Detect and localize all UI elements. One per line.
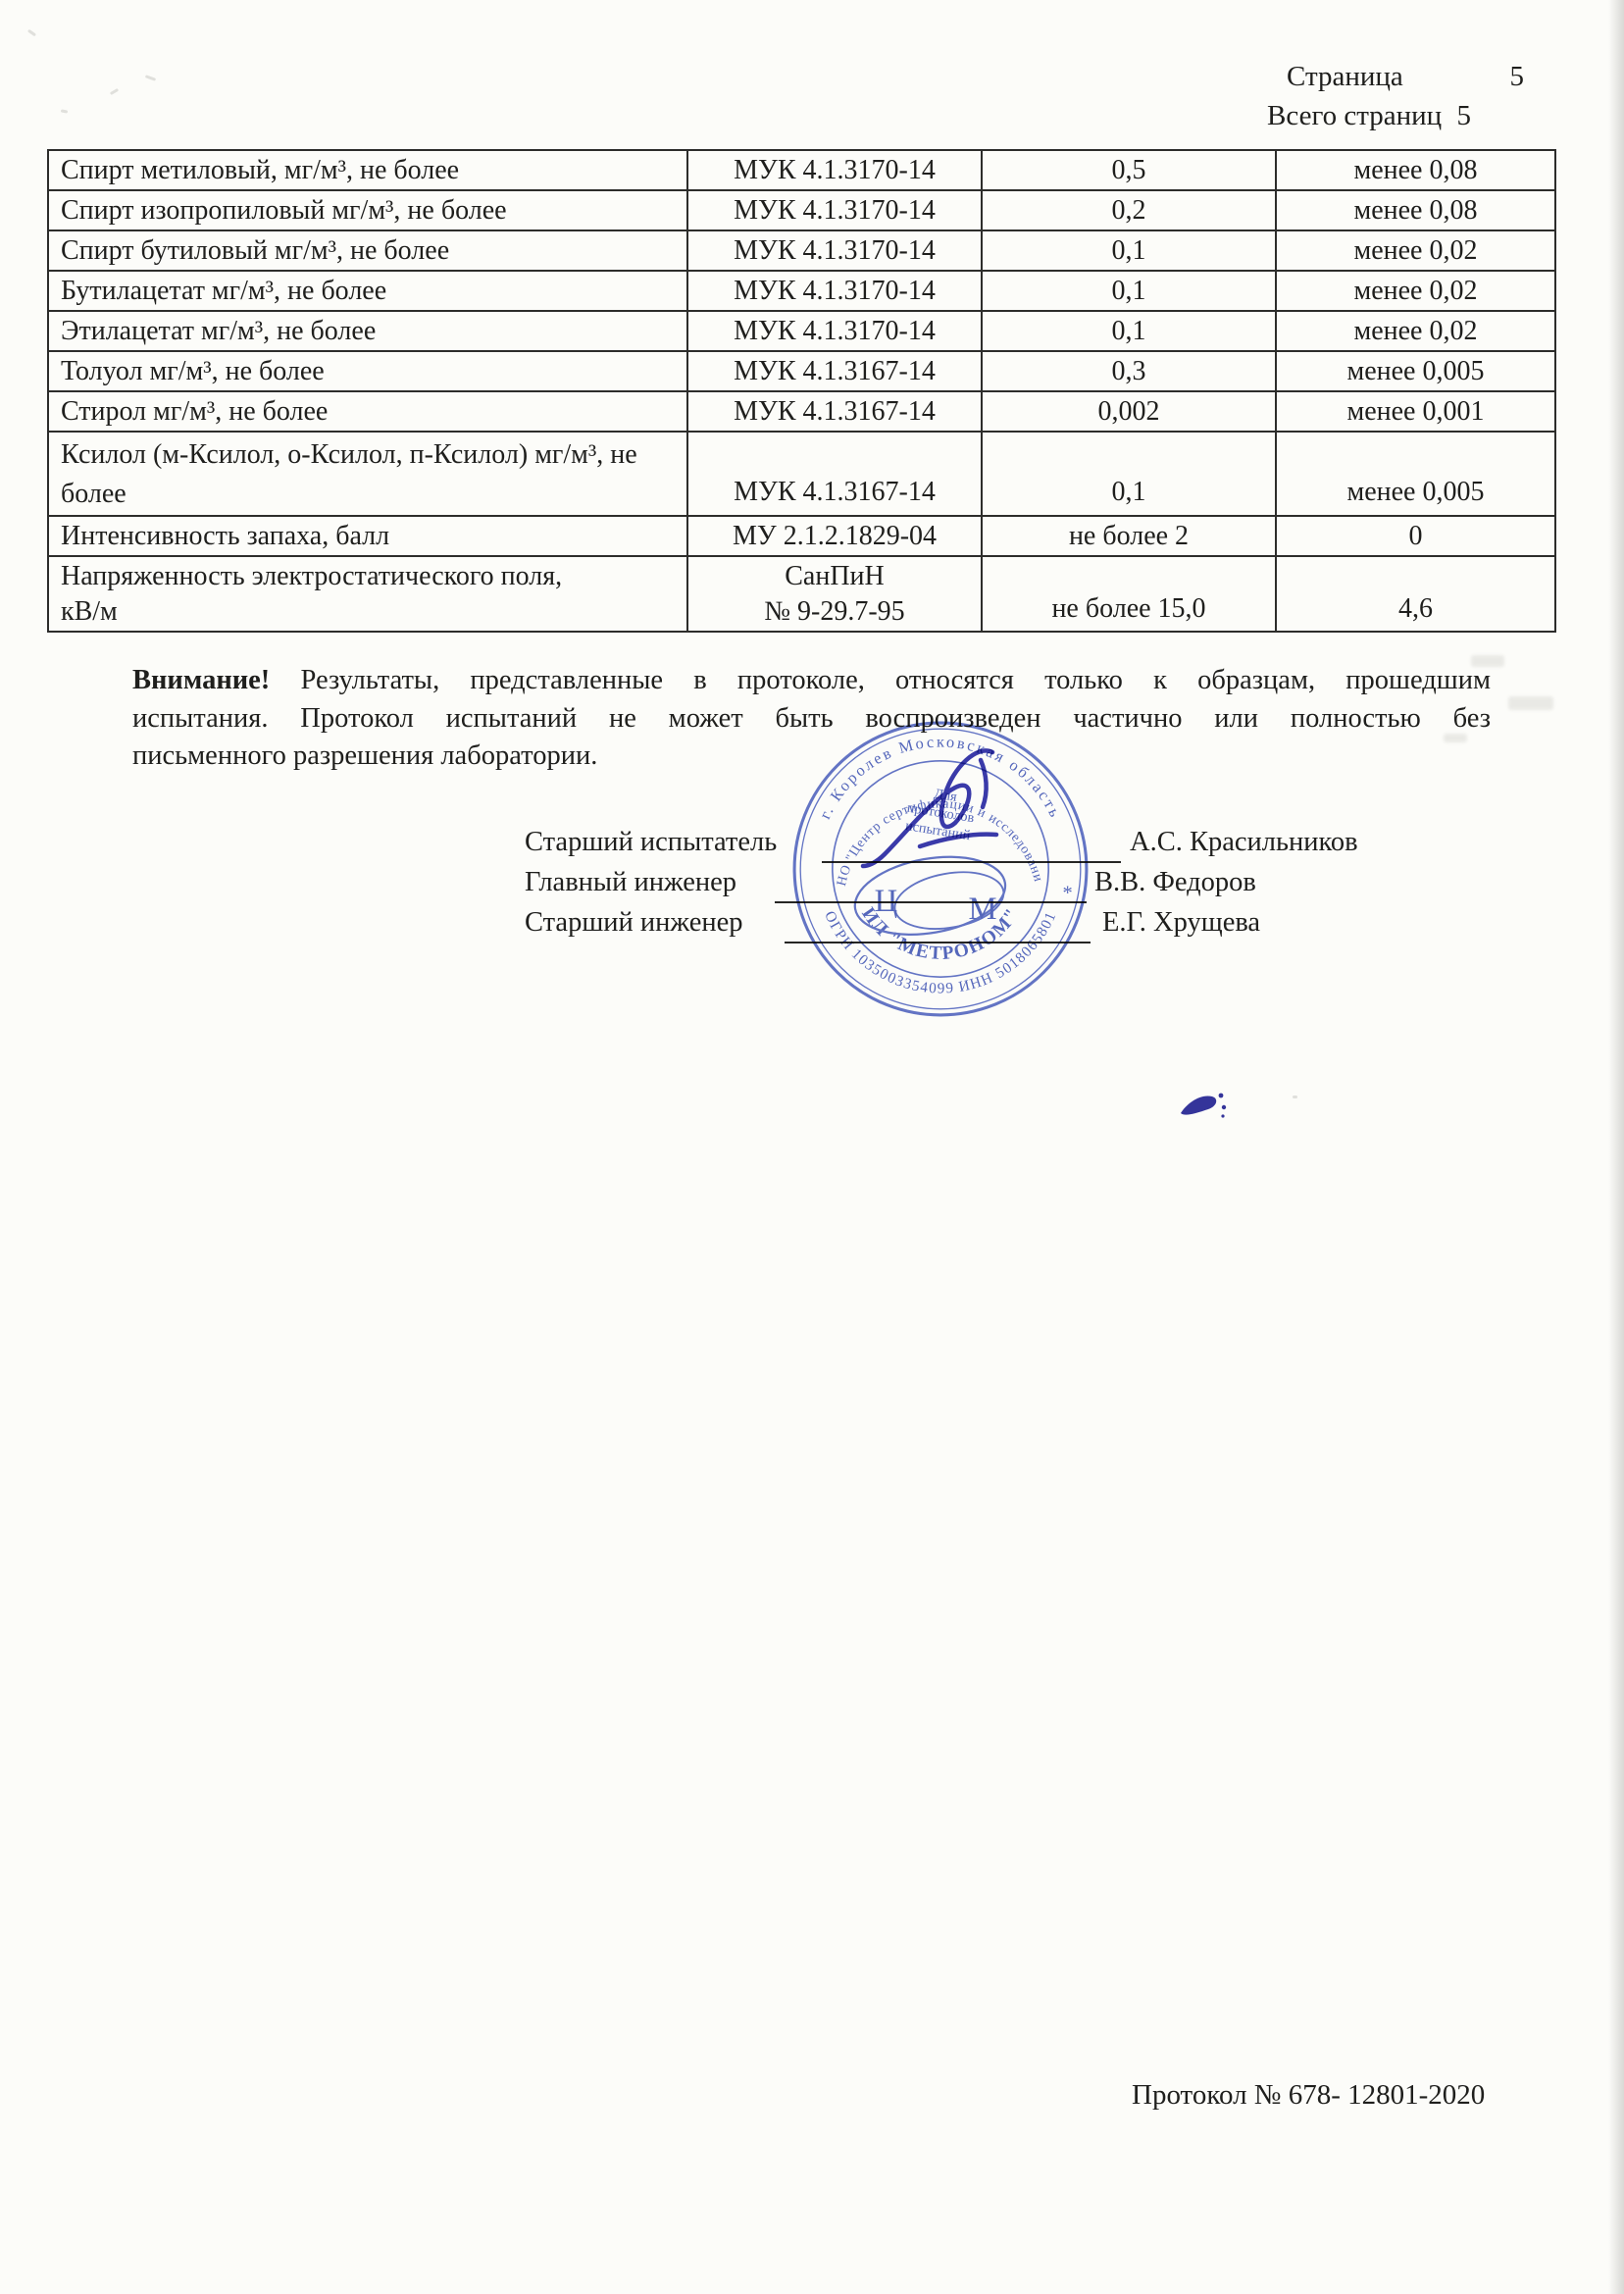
scan-artifact <box>61 109 68 113</box>
ink-blob <box>1175 1084 1243 1128</box>
signature-role-senior-tester: Старший испытатель <box>525 827 777 858</box>
parameter-cell: Интенсивность запаха, балл <box>48 516 687 556</box>
page-label: Страница <box>1287 57 1403 96</box>
table-row: Этилацетат мг/м³, не более МУК 4.1.3170-… <box>48 311 1555 351</box>
table-row: Напряженность электростатического поля, … <box>48 556 1555 632</box>
norm-cell: 0,5 <box>982 150 1276 190</box>
notice-line-1-text: Результаты, представленные в протоколе, … <box>270 665 1491 695</box>
stamp-monogram-m: М <box>969 892 997 927</box>
result-cell: менее 0,02 <box>1276 230 1555 271</box>
norm-cell: 0,3 <box>982 351 1276 391</box>
table-row: Бутилацетат мг/м³, не более МУК 4.1.3170… <box>48 271 1555 311</box>
table-row: Спирт бутиловый мг/м³, не более МУК 4.1.… <box>48 230 1555 271</box>
total-pages-label: Всего страниц <box>1267 96 1442 135</box>
norm-cell: 0,1 <box>982 311 1276 351</box>
method-cell: МУК 4.1.3170-14 <box>687 190 982 230</box>
ink-blob-shape <box>1181 1096 1216 1114</box>
page-number-header: Страница 5 Всего страниц 5 <box>1267 57 1524 135</box>
method-cell: МУК 4.1.3170-14 <box>687 150 982 190</box>
parameter-cell: Спирт бутиловый мг/м³, не более <box>48 230 687 271</box>
table-row: Толуол мг/м³, не более МУК 4.1.3167-14 0… <box>48 351 1555 391</box>
method-cell: СанПиН № 9-29.7-95 <box>687 556 982 632</box>
protocol-number-footer: Протокол № 678- 12801-2020 <box>1132 2079 1485 2112</box>
table-row: Ксилол (м-Ксилол, о-Ксилол, п-Ксилол) мг… <box>48 432 1555 516</box>
result-cell: менее 0,08 <box>1276 190 1555 230</box>
result-cell: 4,6 <box>1276 556 1555 632</box>
table-row: Спирт метиловый, мг/м³, не более МУК 4.1… <box>48 150 1555 190</box>
handwritten-signature <box>834 731 1049 888</box>
method-cell: МУК 4.1.3170-14 <box>687 311 982 351</box>
notice-bold-lead: Внимание! <box>132 665 270 695</box>
scan-artifact <box>145 75 156 81</box>
parameter-cell: Спирт изопропиловый мг/м³, не более <box>48 190 687 230</box>
parameter-cell: Напряженность электростатического поля, … <box>48 556 687 632</box>
result-cell: менее 0,02 <box>1276 271 1555 311</box>
signature-name-fedorov: В.В. Федоров <box>1094 867 1256 898</box>
signature-name-krasilnikov: А.С. Красильников <box>1130 827 1358 858</box>
method-cell: МУК 4.1.3170-14 <box>687 271 982 311</box>
norm-cell: не более 15,0 <box>982 556 1276 632</box>
parameter-cell: Ксилол (м-Ксилол, о-Ксилол, п-Ксилол) мг… <box>48 432 687 516</box>
result-cell: менее 0,02 <box>1276 311 1555 351</box>
norm-cell: 0,1 <box>982 271 1276 311</box>
total-pages-line: Всего страниц 5 <box>1267 96 1471 135</box>
results-table: Спирт метиловый, мг/м³, не более МУК 4.1… <box>47 149 1556 633</box>
method-line1: СанПиН <box>700 559 969 594</box>
parameter-cell: Толуол мг/м³, не более <box>48 351 687 391</box>
method-cell: МУК 4.1.3170-14 <box>687 230 982 271</box>
norm-cell: 0,002 <box>982 391 1276 432</box>
signature-role-senior-engineer: Старший инженер <box>525 907 743 939</box>
scan-artifact <box>110 88 119 95</box>
page-line: Страница 5 <box>1287 57 1524 96</box>
scan-artifact <box>27 29 36 37</box>
parameter-line2: кВ/м <box>61 594 675 630</box>
scan-artifact <box>1444 734 1467 742</box>
method-cell: МУК 4.1.3167-14 <box>687 351 982 391</box>
norm-cell: 0,2 <box>982 190 1276 230</box>
document-page: Страница 5 Всего страниц 5 Спирт метилов… <box>0 0 1624 2294</box>
table-row: Стирол мг/м³, не более МУК 4.1.3167-14 0… <box>48 391 1555 432</box>
method-cell: МУК 4.1.3167-14 <box>687 432 982 516</box>
result-cell: 0 <box>1276 516 1555 556</box>
signature-name-khrushcheva: Е.Г. Хрущева <box>1102 907 1260 939</box>
parameter-cell: Стирол мг/м³, не более <box>48 391 687 432</box>
result-cell: менее 0,08 <box>1276 150 1555 190</box>
result-cell: менее 0,001 <box>1276 391 1555 432</box>
table-row: Спирт изопропиловый мг/м³, не более МУК … <box>48 190 1555 230</box>
page-number: 5 <box>1510 57 1525 96</box>
notice-line-1: Внимание! Результаты, представленные в п… <box>132 662 1491 700</box>
method-cell: МУК 4.1.3167-14 <box>687 391 982 432</box>
total-pages-number: 5 <box>1457 96 1472 135</box>
method-line2: № 9-29.7-95 <box>700 594 969 630</box>
scan-artifact <box>1471 655 1504 667</box>
result-cell: менее 0,005 <box>1276 432 1555 516</box>
norm-cell: 0,1 <box>982 230 1276 271</box>
table-row: Интенсивность запаха, балл МУ 2.1.2.1829… <box>48 516 1555 556</box>
norm-cell: 0,1 <box>982 432 1276 516</box>
result-cell: менее 0,005 <box>1276 351 1555 391</box>
parameter-line1: Напряженность электростатического поля, <box>61 559 675 594</box>
signature-role-chief-engineer: Главный инженер <box>525 867 736 898</box>
parameter-cell: Бутилацетат мг/м³, не более <box>48 271 687 311</box>
parameter-cell: Этилацетат мг/м³, не более <box>48 311 687 351</box>
scan-artifact <box>1508 696 1553 710</box>
scan-edge-shadow <box>1608 0 1624 2294</box>
norm-cell: не более 2 <box>982 516 1276 556</box>
stamp-asterisk: * <box>1062 883 1072 904</box>
stamp-monogram-ts: Ц <box>875 884 898 919</box>
parameter-cell: Спирт метиловый, мг/м³, не более <box>48 150 687 190</box>
method-cell: МУ 2.1.2.1829-04 <box>687 516 982 556</box>
scan-artifact <box>1293 1096 1297 1098</box>
